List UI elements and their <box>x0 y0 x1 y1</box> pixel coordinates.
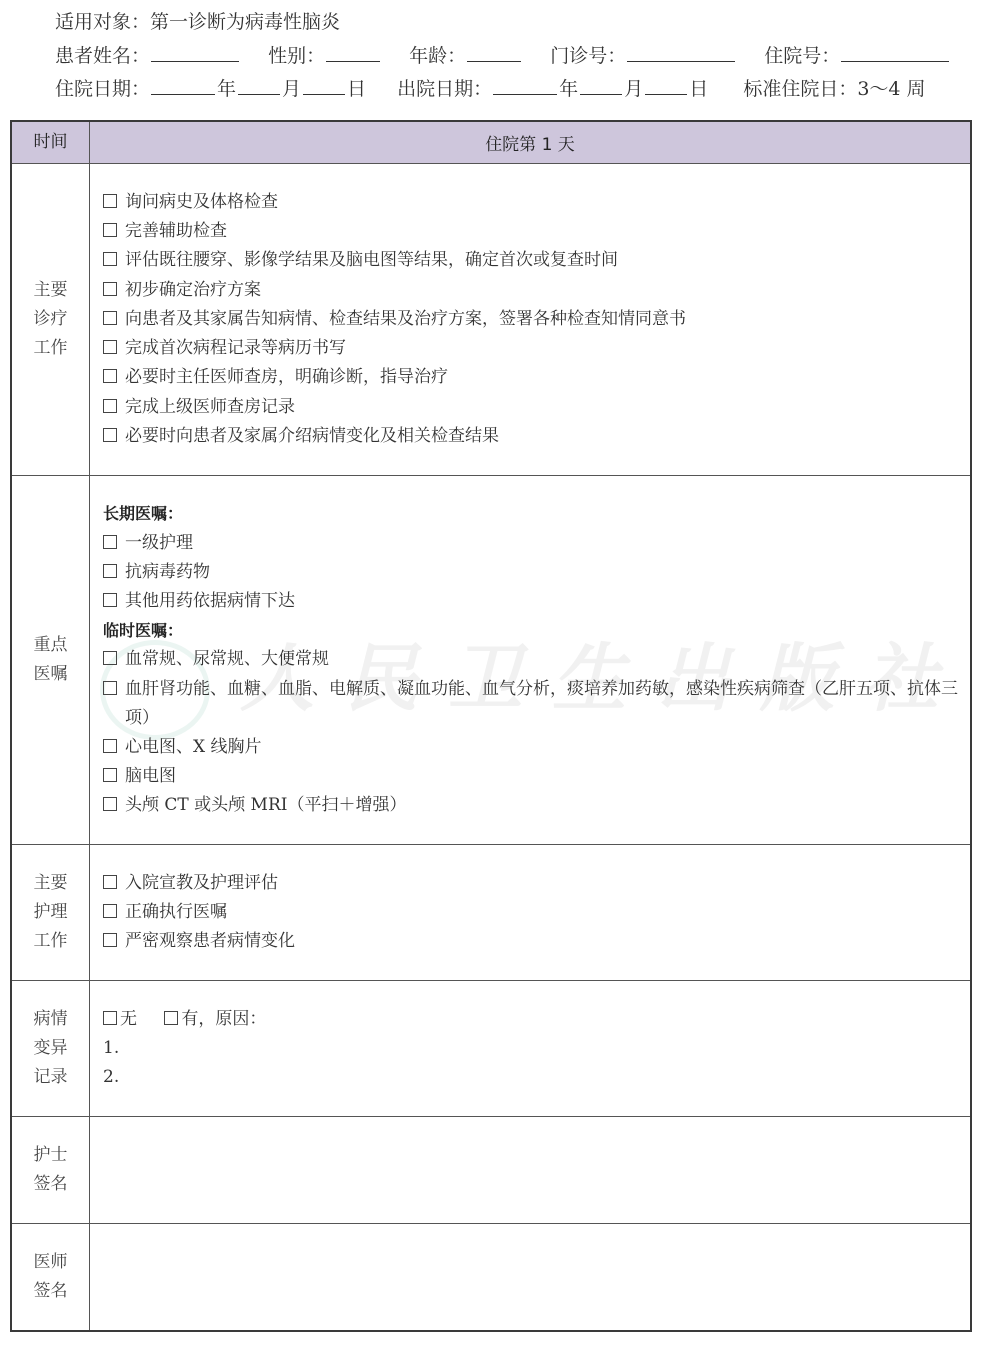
row-label-orders: 重点医嘱 <box>11 476 90 845</box>
checkbox[interactable] <box>103 797 117 811</box>
patient-name-field[interactable] <box>151 39 239 62</box>
diagnosis-items: 询问病史及体格检查 完善辅助检查 评估既往腰穿、影像学结果及脑电图等结果，确定首… <box>90 164 972 476</box>
dates-line: 住院日期：年月日 出院日期：年月日 标准住院日：3～4 周 <box>55 72 950 105</box>
inpatient-no-label: 住院号： <box>764 45 840 67</box>
row-variance: 病情变异记录 无 有，原因： 1. 2. <box>11 981 971 1117</box>
month-unit: 月 <box>624 78 643 100</box>
checkbox[interactable] <box>103 223 117 237</box>
year-unit: 年 <box>217 78 236 100</box>
outpatient-no-label: 门诊号： <box>550 45 626 67</box>
checklist-item: 脑电图 <box>103 762 960 791</box>
table-header-row: 时间 住院第 1 天 <box>11 121 971 164</box>
age-field[interactable] <box>467 39 521 62</box>
checkbox[interactable] <box>103 651 117 665</box>
gender-label: 性别： <box>268 45 325 67</box>
row-label-nurse-signature: 护士签名 <box>11 1117 90 1224</box>
row-label-doctor-signature: 医师签名 <box>11 1224 90 1331</box>
checkbox[interactable] <box>103 340 117 354</box>
admit-month-field[interactable] <box>238 72 280 95</box>
doctor-signature-field[interactable] <box>90 1224 972 1331</box>
checkbox[interactable] <box>103 739 117 753</box>
clinical-pathway-table: 时间 住院第 1 天 主要诊疗工作 询问病史及体格检查 完善辅助检查 评估既往腰… <box>10 120 972 1332</box>
row-label-variance: 病情变异记录 <box>11 981 90 1117</box>
checklist-item: 完善辅助检查 <box>103 217 960 246</box>
checklist-item: 完成首次病程记录等病历书写 <box>103 334 960 363</box>
checkbox[interactable] <box>103 933 117 947</box>
checklist-item: 血常规、尿常规、大便常规 <box>103 645 960 674</box>
standard-stay: 标准住院日：3～4 周 <box>743 78 925 100</box>
checklist-item: 抗病毒药物 <box>103 558 960 587</box>
checkbox[interactable] <box>103 681 117 695</box>
checkbox[interactable] <box>103 194 117 208</box>
row-nurse-signature: 护士签名 <box>11 1117 971 1224</box>
checkbox[interactable] <box>103 399 117 413</box>
variance-line-2[interactable]: 2. <box>103 1063 960 1092</box>
checklist-item: 必要时向患者及家属介绍病情变化及相关检查结果 <box>103 422 960 451</box>
orders-items: 长期医嘱： 一级护理 抗病毒药物 其他用药依据病情下达 临时医嘱： 血常规、尿常… <box>90 476 972 845</box>
checkbox[interactable] <box>103 875 117 889</box>
checkbox[interactable] <box>103 564 117 578</box>
variance-line-1[interactable]: 1. <box>103 1034 960 1063</box>
column-header-day: 住院第 1 天 <box>90 121 972 164</box>
checklist-item: 初步确定治疗方案 <box>103 276 960 305</box>
patient-name-label: 患者姓名： <box>55 45 150 67</box>
discharge-date-label: 出院日期： <box>397 78 492 100</box>
checklist-item: 头颅 CT 或头颅 MRI（平扫＋增强） <box>103 791 960 820</box>
checkbox[interactable] <box>103 768 117 782</box>
inpatient-no-field[interactable] <box>841 39 949 62</box>
checklist-item: 血肝肾功能、血糖、血脂、电解质、凝血功能、血气分析，痰培养加药敏，感染性疾病筛查… <box>103 675 960 733</box>
long-term-orders-heading: 长期医嘱： <box>103 499 960 528</box>
age-label: 年龄： <box>409 45 466 67</box>
variance-record: 无 有，原因： 1. 2. <box>90 981 972 1117</box>
row-label-diagnosis: 主要诊疗工作 <box>11 164 90 476</box>
row-label-nursing: 主要护理工作 <box>11 845 90 981</box>
option-yes-label: 有，原因： <box>181 1009 266 1029</box>
admit-date-label: 住院日期： <box>55 78 150 100</box>
checklist-item: 完成上级医师查房记录 <box>103 393 960 422</box>
nursing-items: 入院宣教及护理评估 正确执行医嘱 严密观察患者病情变化 <box>90 845 972 981</box>
temporary-orders-heading: 临时医嘱： <box>103 616 960 645</box>
checklist-item: 评估既往腰穿、影像学结果及脑电图等结果，确定首次或复查时间 <box>103 246 960 275</box>
checkbox[interactable] <box>103 282 117 296</box>
row-orders: 重点医嘱 长期医嘱： 一级护理 抗病毒药物 其他用药依据病情下达 临时医嘱： 血… <box>11 476 971 845</box>
checklist-item: 入院宣教及护理评估 <box>103 869 960 898</box>
day-unit: 日 <box>347 78 366 100</box>
option-none-label: 无 <box>120 1009 137 1029</box>
checkbox[interactable] <box>103 311 117 325</box>
year-unit: 年 <box>559 78 578 100</box>
applicable-line: 适用对象：第一诊断为病毒性脑炎 <box>55 6 950 39</box>
form-header: 适用对象：第一诊断为病毒性脑炎 患者姓名： 性别： 年龄： 门诊号： 住院号： … <box>55 6 950 105</box>
patient-info-line: 患者姓名： 性别： 年龄： 门诊号： 住院号： <box>55 39 950 72</box>
month-unit: 月 <box>282 78 301 100</box>
checkbox[interactable] <box>103 593 117 607</box>
admit-year-field[interactable] <box>151 72 215 95</box>
column-header-time: 时间 <box>11 121 90 164</box>
checklist-item: 必要时主任医师查房，明确诊断，指导治疗 <box>103 363 960 392</box>
discharge-day-field[interactable] <box>645 72 687 95</box>
nurse-signature-field[interactable] <box>90 1117 972 1224</box>
gender-field[interactable] <box>326 39 380 62</box>
checklist-item: 心电图、X 线胸片 <box>103 733 960 762</box>
checkbox[interactable] <box>103 252 117 266</box>
admit-day-field[interactable] <box>303 72 345 95</box>
checkbox-none[interactable] <box>103 1011 117 1025</box>
discharge-month-field[interactable] <box>580 72 622 95</box>
checklist-item: 正确执行医嘱 <box>103 898 960 927</box>
checklist-item: 其他用药依据病情下达 <box>103 587 960 616</box>
row-diagnosis: 主要诊疗工作 询问病史及体格检查 完善辅助检查 评估既往腰穿、影像学结果及脑电图… <box>11 164 971 476</box>
day-unit: 日 <box>689 78 708 100</box>
checklist-item: 一级护理 <box>103 529 960 558</box>
row-doctor-signature: 医师签名 <box>11 1224 971 1331</box>
checkbox-yes[interactable] <box>164 1011 178 1025</box>
checklist-item: 向患者及其家属告知病情、检查结果及治疗方案，签署各种检查知情同意书 <box>103 305 960 334</box>
checklist-item: 严密观察患者病情变化 <box>103 927 960 956</box>
checkbox[interactable] <box>103 369 117 383</box>
row-nursing: 主要护理工作 入院宣教及护理评估 正确执行医嘱 严密观察患者病情变化 <box>11 845 971 981</box>
discharge-year-field[interactable] <box>493 72 557 95</box>
checkbox[interactable] <box>103 904 117 918</box>
checkbox[interactable] <box>103 535 117 549</box>
outpatient-no-field[interactable] <box>627 39 735 62</box>
checklist-item: 询问病史及体格检查 <box>103 188 960 217</box>
checkbox[interactable] <box>103 428 117 442</box>
